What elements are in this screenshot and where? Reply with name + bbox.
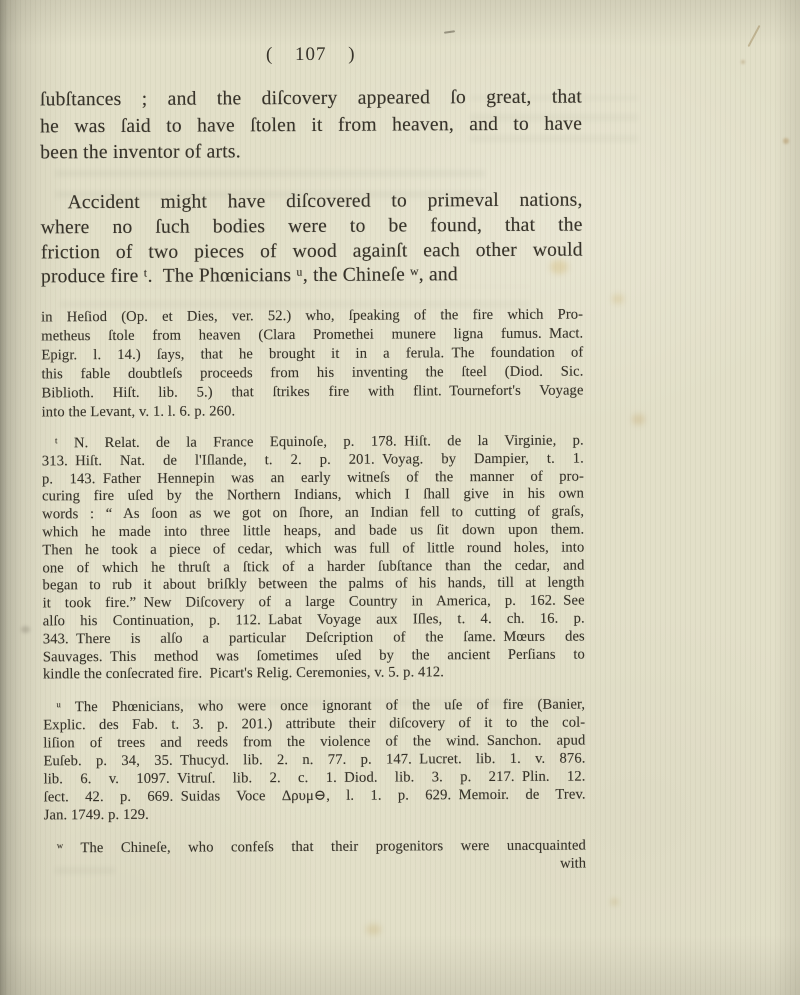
text-line: Biblioth. Hiſt. lib. 5.) that ſtrikes fi… (41, 382, 583, 404)
text-line: Accident might have diſcovered to primev… (40, 189, 582, 217)
text-block: ( 107 ) ſubſtances ; and the diſcovery a… (0, 0, 800, 995)
text-line: where no ſuch bodies were to be found, t… (41, 213, 583, 241)
text-line: Sauvages. This method was ſometimes uſed… (43, 646, 585, 667)
text-line: ſubſtances ; and the diſcovery appeared … (40, 85, 582, 114)
text-line: produce fire ᵗ. The Phœnicians ᵘ, the Ch… (41, 263, 583, 291)
text-line: Then he took a piece of cedar, which was… (42, 539, 584, 560)
footnote-t: ᵗ N. Relat. de la France Equinoſe, p. 17… (42, 433, 585, 685)
book-page-scan: ( 107 ) ſubſtances ; and the diſcovery a… (0, 0, 800, 995)
footnote-w: ʷ The Chineſe, who confeſs that their pr… (44, 837, 586, 858)
footnote-u: ᵘ The Phœnicians, who were once ignorant… (43, 696, 586, 825)
footnote-continuation: in Heſiod (Op. et Dies, ver. 52.) who, ſ… (41, 306, 584, 423)
text-line: 343. There is alſo a particular Deſcript… (43, 628, 585, 649)
text-line: ſect. 42. p. 669. Suidas Voce Δρυμ⊖, l. … (44, 786, 586, 807)
text-line: 313. Hiſt. Nat. de l'Iſlande, t. 2. p. 2… (42, 450, 584, 471)
text-line: friction of two pieces of wood againſt e… (41, 238, 583, 266)
text-line: into the Levant, v. 1. l. 6. p. 260. (42, 401, 584, 423)
text-line: kindle the conſecrated fire. Picart's Re… (43, 664, 585, 685)
text-line: been the inventor of arts. (40, 138, 582, 167)
page-number: ( 107 ) (40, 43, 582, 74)
body-paragraph-1: ſubſtances ; and the diſcovery appeared … (40, 85, 582, 168)
text-line: Jan. 1749. p. 129. (44, 804, 586, 825)
catchword: with (44, 856, 586, 876)
body-paragraph-2: Accident might have diſcovered to primev… (40, 189, 583, 291)
text-line: ʷ The Chineſe, who confeſs that their pr… (44, 837, 586, 858)
text-line: he was ſaid to have ſtolen it from heave… (40, 111, 582, 140)
